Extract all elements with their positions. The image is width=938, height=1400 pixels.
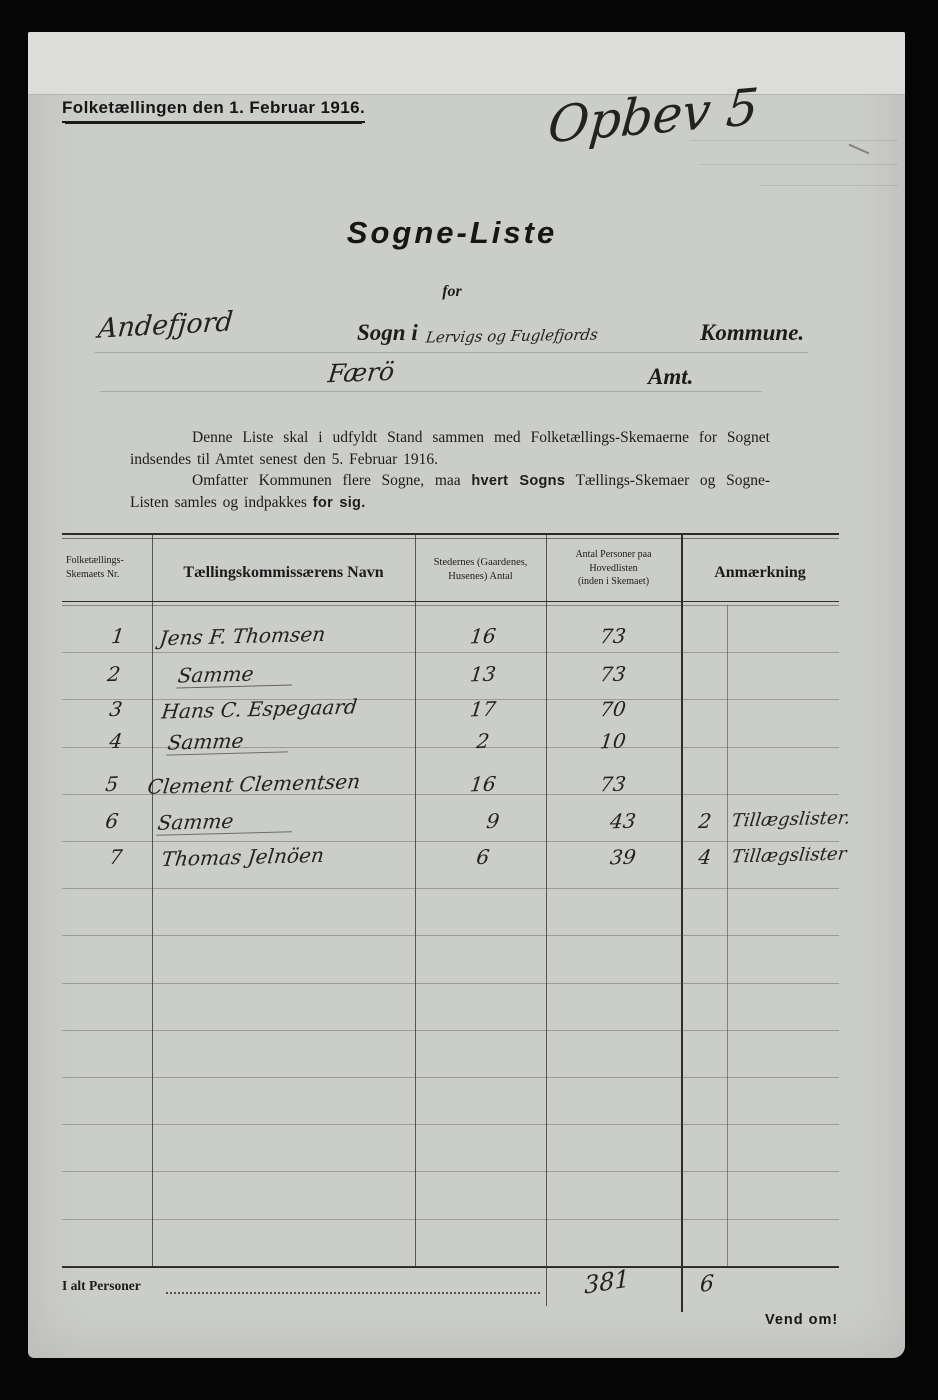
table-row	[62, 983, 839, 1031]
table-row	[62, 1219, 839, 1267]
entry-steder: 13	[426, 661, 539, 688]
entry-personer: 10	[556, 728, 669, 755]
entry-nr: 6	[81, 808, 144, 834]
intro-line-3: Omfatter Kommunen flere Sogne, maa hvert…	[130, 471, 770, 491]
table-header-bottom-rule	[62, 601, 839, 602]
entry-personer: 43	[566, 808, 679, 835]
table-top-rule-2	[62, 538, 839, 539]
table-row	[62, 935, 839, 983]
entry-steder: 16	[426, 771, 539, 798]
header-skemaets-nr-line2: Skemaets Nr.	[66, 568, 150, 582]
entry-steder: 17	[426, 696, 539, 723]
pen-mark	[849, 144, 870, 155]
header-personer-line1: Antal Personer paa	[546, 548, 681, 562]
intro-line-3-bold: hvert Sogns	[471, 473, 565, 489]
handwritten-sogn-name: Andefjord	[97, 306, 235, 344]
entry-anm-text: Tillægslister.	[731, 807, 852, 831]
entry-anm-nr: 2	[685, 809, 726, 834]
title-for-label: for	[252, 283, 652, 301]
header-skemaets-nr-line1: Folketællings-	[66, 554, 150, 568]
entry-steder: 6	[426, 844, 539, 871]
form-heading: Folketællingen den 1. Februar 1916.	[62, 98, 365, 123]
header-personer-line2: Hovedlisten	[546, 562, 681, 576]
vend-om-note: Vend om!	[765, 1312, 838, 1328]
entry-navn: Samme	[166, 727, 291, 755]
entry-navn: Jens F. Thomsen	[158, 622, 326, 650]
header-skemaets-nr: Folketællings- Skemaets Nr.	[66, 554, 150, 581]
entry-personer: 73	[556, 771, 669, 798]
table-row	[62, 888, 839, 936]
handwritten-kommune-fill: Lervigs og Fuglefjords	[425, 325, 599, 346]
header-steder-line1: Stedernes (Gaardenes,	[415, 556, 546, 570]
total-label: I alt Personer	[62, 1278, 141, 1294]
page-top-edge	[28, 32, 905, 95]
entry-steder: 16	[426, 623, 539, 650]
entry-nr: 2	[83, 661, 146, 687]
fill-in-rule	[100, 391, 762, 392]
entry-steder: 2	[426, 728, 539, 755]
entry-nr: 4	[85, 728, 148, 754]
entry-nr: 1	[87, 623, 150, 649]
header-personer: Antal Personer paa Hovedlisten (inden i …	[546, 548, 681, 589]
document-page: Folketællingen den 1. Februar 1916. Opbe…	[28, 32, 905, 1358]
intro-line-4: Listen samles og indpakkes for sig.	[130, 493, 770, 513]
entry-personer: 39	[566, 844, 679, 871]
intro-line-3a: Omfatter Kommunen flere Sogne, maa	[192, 472, 471, 489]
entry-personer: 70	[556, 696, 669, 723]
scan-artifact-line	[760, 185, 898, 186]
handwritten-total-anm: 6	[700, 1271, 715, 1298]
document-title: Sogne-Liste	[252, 215, 652, 251]
amt-label: Amt.	[648, 364, 693, 390]
table-row	[62, 1030, 839, 1078]
fill-in-rule	[95, 352, 808, 353]
header-personer-line3: (inden i Skemaet)	[546, 575, 681, 589]
scan-artifact-line	[690, 140, 898, 141]
entry-navn: Samme	[176, 660, 295, 688]
sogn-label: Sogn i	[357, 320, 418, 346]
dotted-leader	[166, 1278, 540, 1294]
table-row	[62, 1171, 839, 1219]
intro-line-4-bold: for sig.	[313, 495, 366, 511]
entry-navn: Samme	[156, 807, 295, 836]
entry-anm-text: Tillægslister	[731, 844, 848, 868]
header-navn: Tællingskommissærens Navn	[152, 562, 415, 584]
table-row	[62, 1124, 839, 1172]
entry-navn: Thomas Jelnöen	[160, 843, 325, 871]
entry-steder: 9	[436, 808, 549, 835]
scan-artifact-line	[700, 164, 898, 165]
entry-nr: 5	[81, 771, 144, 797]
header-steder: Stedernes (Gaardenes, Husenes) Antal	[415, 556, 546, 584]
intro-line-1: Denne Liste skal i udfyldt Stand sammen …	[130, 428, 770, 448]
handwritten-total-personer: 381	[584, 1264, 630, 1299]
kommune-label: Kommune.	[700, 320, 804, 346]
entry-personer: 73	[556, 661, 669, 688]
scan-background: Folketællingen den 1. Februar 1916. Opbe…	[0, 0, 938, 1400]
handwritten-amt-fill: Færö	[326, 357, 395, 388]
table-top-rule	[62, 533, 839, 535]
entry-anm-nr: 4	[685, 845, 726, 870]
intro-line-2: indsendes til Amtet senest den 5. Februa…	[130, 450, 770, 470]
entry-nr: 7	[85, 844, 148, 870]
header-anmaerkning: Anmærkning	[681, 562, 839, 584]
intro-line-3c: Tællings-Skemaer og Sogne-	[565, 472, 770, 489]
header-steder-line2: Husenes) Antal	[415, 570, 546, 584]
entry-personer: 73	[556, 623, 669, 650]
intro-line-4a: Listen samles og indpakkes	[130, 494, 313, 511]
table-row	[62, 1077, 839, 1125]
entry-nr: 3	[85, 696, 148, 722]
